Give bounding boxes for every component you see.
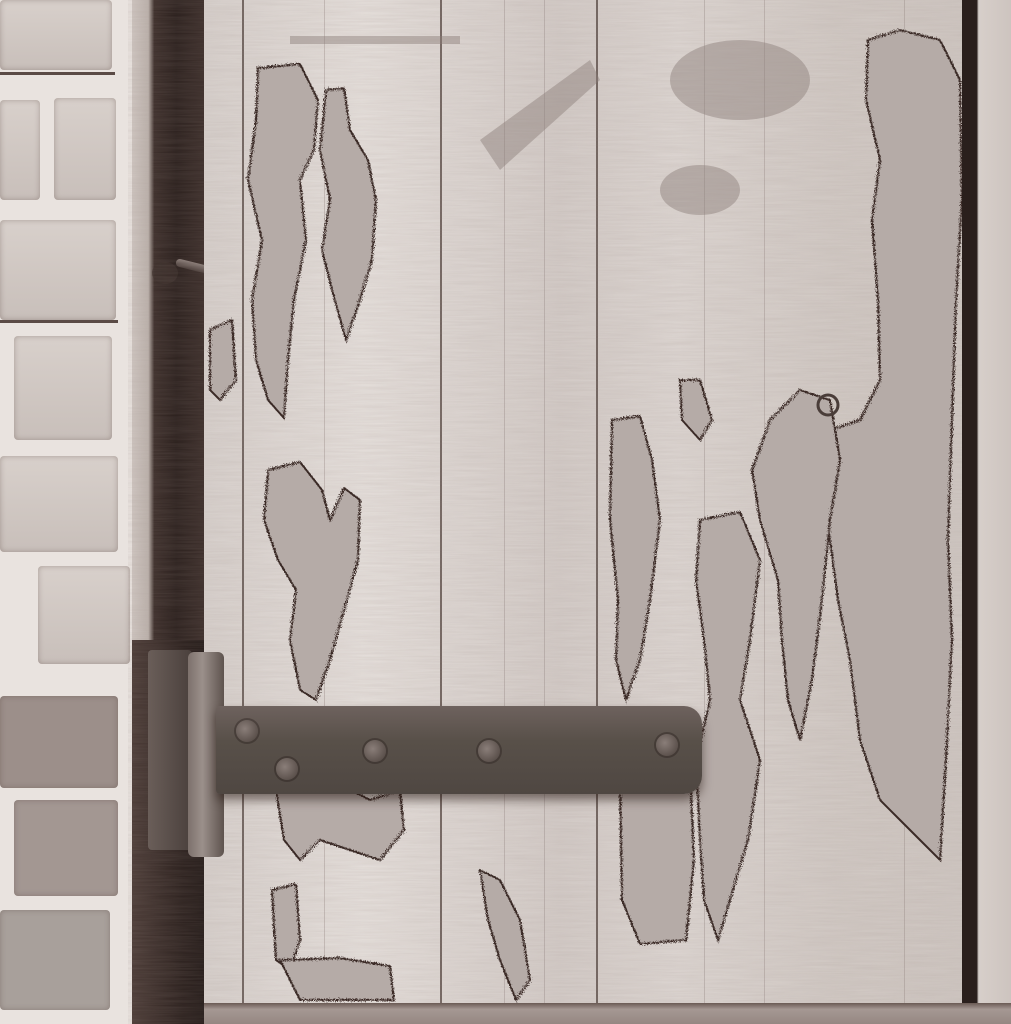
rivet-icon <box>364 740 386 762</box>
photograph <box>0 0 1011 1024</box>
rivet-icon <box>276 758 298 780</box>
rivet-icon <box>478 740 500 762</box>
rivet-icon <box>236 720 258 742</box>
right-door-frame <box>962 0 1011 1024</box>
hinge-strap <box>216 706 702 794</box>
peeling-paint <box>0 0 1011 1024</box>
threshold <box>204 1003 1011 1024</box>
hinge-plate <box>148 650 192 850</box>
rivet-icon <box>656 734 678 756</box>
